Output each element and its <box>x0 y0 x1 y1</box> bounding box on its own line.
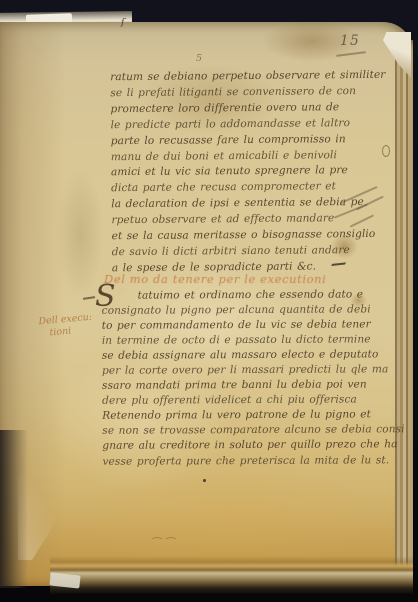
flourish-arc <box>150 537 164 546</box>
pen-stroke <box>334 203 368 219</box>
ink-flourish <box>150 531 180 540</box>
flourish-arc <box>164 537 178 546</box>
manuscript-line: ssaro mandati prima tre banni lu debia p… <box>102 377 404 394</box>
text-paragraph-1: ratum se debiano perpetuo observare et s… <box>110 68 387 277</box>
manuscript-line: se debia assignare alu massaro electo e … <box>102 347 404 364</box>
manuscript-scan: ſ 5 15 ratum se debiano perpetuo observa… <box>0 0 418 602</box>
manuscript-line: in termine de octo di e passato lu dicto… <box>102 332 404 349</box>
rubric-heading: Del mo da tenere per le executioni <box>104 272 326 286</box>
quire-mark: 5 <box>196 53 202 64</box>
manuscript-line: vesse proferta pure che preterisca la mi… <box>102 453 404 470</box>
ink-blot <box>382 145 390 157</box>
manuscript-line: tatuimo et ordinamo che essendo dato e <box>102 287 404 304</box>
manuscript-line: se non se trovasse comparatore alcuno se… <box>102 423 404 440</box>
gutter-shadow <box>0 430 28 588</box>
manuscript-line: per la corte overo per li massari predic… <box>102 362 404 379</box>
manuscript-line: gnare alu creditore in soluto per quillo… <box>102 438 404 455</box>
text-paragraph-2: tatuimo et ordinamo che essendo dato e c… <box>102 287 405 469</box>
pen-trials <box>331 188 393 238</box>
pen-stroke <box>350 214 374 228</box>
margin-note: Dell execu: tioni <box>38 312 93 340</box>
manuscript-line: consignato lu pigno per alcuna quantita … <box>102 302 404 319</box>
folio-number: 15 <box>340 33 360 49</box>
page-edges-bottom <box>50 556 413 594</box>
manuscript-line: to per commandamento de lu vic se debia … <box>102 317 404 334</box>
manuscript-line: Retenendo prima lu vero patrone de lu pi… <box>102 408 404 425</box>
ink-dot <box>203 479 206 482</box>
manuscript-line: dere plu offerenti videlicet a chi piu o… <box>102 393 404 410</box>
pen-stroke <box>356 196 384 211</box>
top-ink-mark: ſ <box>121 17 125 28</box>
